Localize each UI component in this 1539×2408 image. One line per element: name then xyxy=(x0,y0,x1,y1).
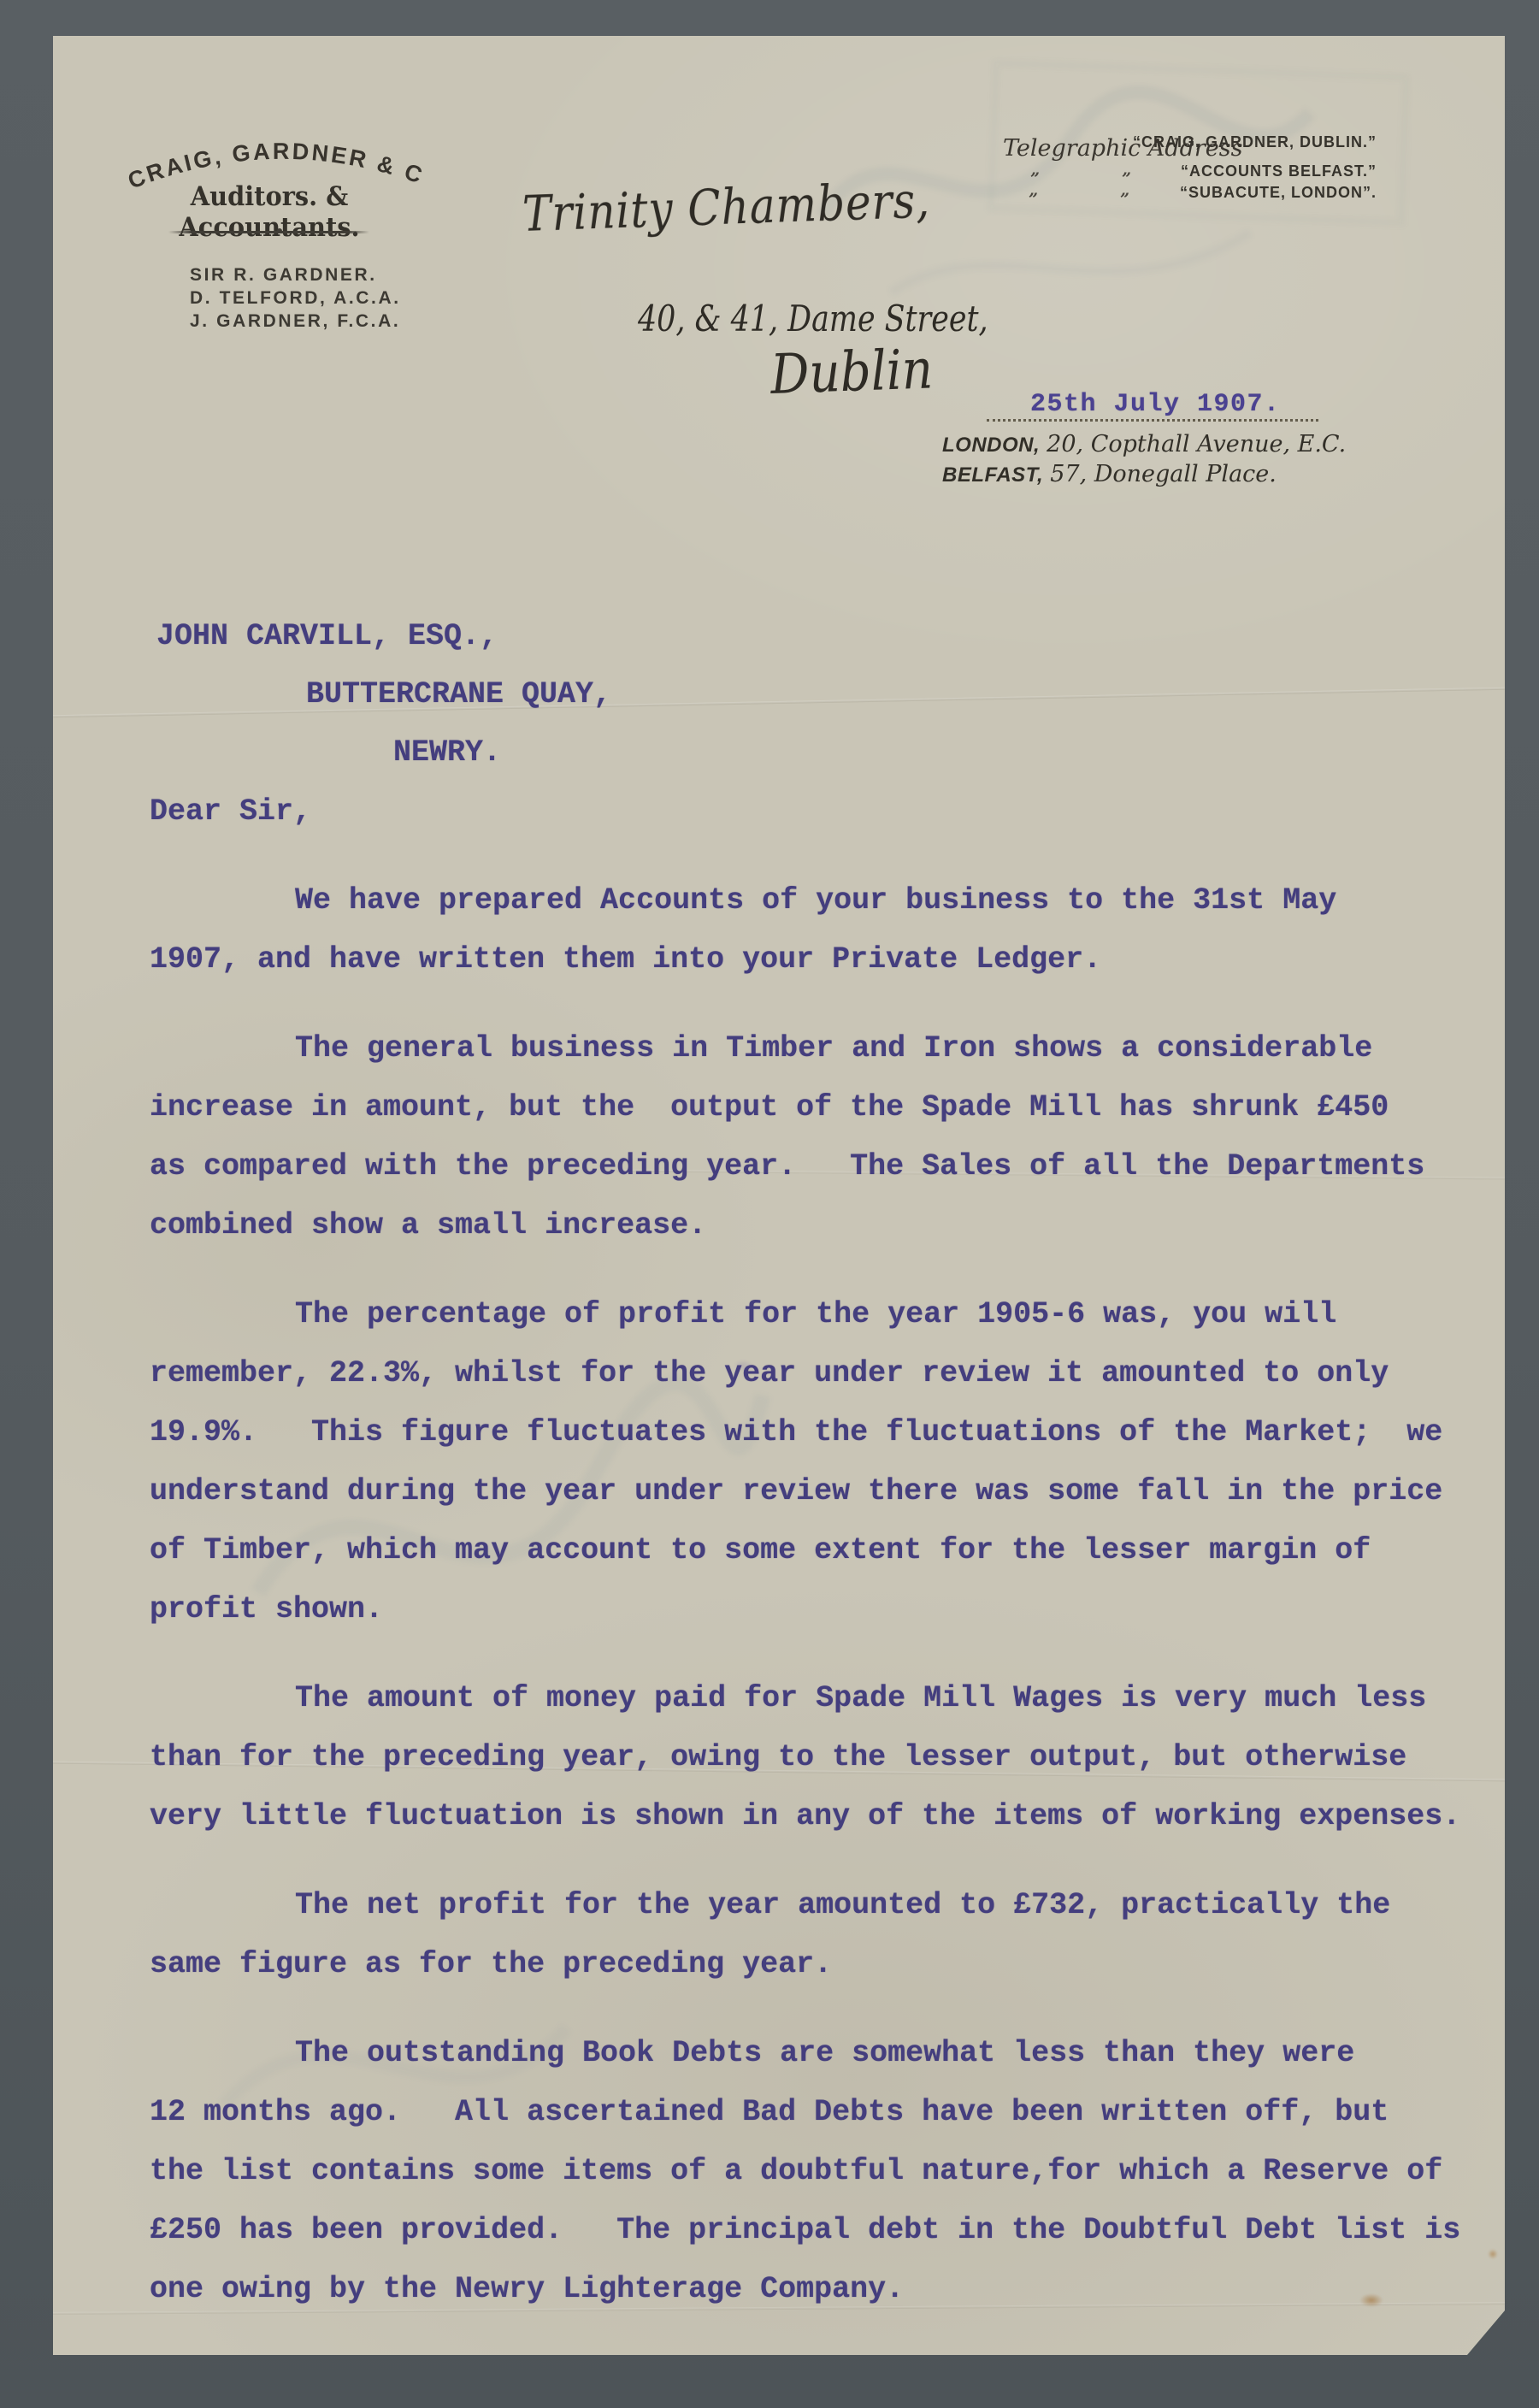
body-line: The net profit for the year amounted to … xyxy=(150,1876,1518,1935)
partner-name: D. TELFORD, A.C.A. xyxy=(190,286,401,310)
office-name: Trinity Chambers, xyxy=(522,172,931,243)
body-line: We have prepared Accounts of your busine… xyxy=(150,871,1518,930)
body-line: than for the preceding year, owing to th… xyxy=(150,1728,1518,1787)
scan-background: CRAIG, GARDNER & Co Auditors. & Accounta… xyxy=(0,0,1539,2408)
branch-city-label: LONDON, xyxy=(942,434,1040,457)
letter-paper: CRAIG, GARDNER & Co Auditors. & Accounta… xyxy=(53,36,1505,2355)
body-line: same figure as for the preceding year. xyxy=(150,1935,1518,1994)
body-line: one owing by the Newry Lighterage Compan… xyxy=(150,2260,1518,2319)
body-line: profit shown. xyxy=(150,1580,1518,1639)
letterhead-divider xyxy=(168,231,369,233)
body-paragraph: The net profit for the year amounted to … xyxy=(150,1876,1518,1994)
body-line: of Timber, which may account to some ext… xyxy=(150,1521,1518,1580)
partner-name: SIR R. GARDNER. xyxy=(190,263,401,286)
telegraphic-address: “CRAIG, GARDNER, DUBLIN.” xyxy=(1133,133,1377,151)
firm-subtitle: Auditors. & Accountants. xyxy=(146,181,392,243)
ditto-mark: ” xyxy=(1120,190,1129,209)
city-name: Dublin xyxy=(769,338,934,407)
recipient-address-block: JOHN CARVILL, ESQ.,BUTTERCRANE QUAY,NEWR… xyxy=(156,607,611,782)
branch-address-belfast: BELFAST,57, Donegall Place. xyxy=(942,461,1277,487)
body-line: 19.9%. This figure fluctuates with the f… xyxy=(150,1403,1518,1462)
telegraphic-address: “SUBACUTE, LONDON”. xyxy=(1180,184,1377,202)
ditto-mark: ” xyxy=(1029,190,1038,209)
body-paragraph: The amount of money paid for Spade Mill … xyxy=(150,1669,1518,1846)
street-address: 40, & 41, Dame Street, xyxy=(638,298,988,339)
body-line: remember, 22.3%, whilst for the year und… xyxy=(150,1344,1518,1403)
body-paragraph: We have prepared Accounts of your busine… xyxy=(150,871,1518,989)
branch-address-london: LONDON,20, Copthall Avenue, E.C. xyxy=(942,431,1346,457)
body-line: understand during the year under review … xyxy=(150,1462,1518,1521)
partner-list: SIR R. GARDNER.D. TELFORD, A.C.A.J. GARD… xyxy=(190,263,401,333)
recipient-line: BUTTERCRANE QUAY, xyxy=(306,665,611,723)
body-line: increase in amount, but the output of th… xyxy=(150,1078,1518,1137)
body-line: combined show a small increase. xyxy=(150,1196,1518,1255)
telegraphic-address: “ACCOUNTS BELFAST.” xyxy=(1181,162,1377,180)
body-line: £250 has been provided. The principal de… xyxy=(150,2201,1518,2260)
body-line: 1907, and have written them into your Pr… xyxy=(150,930,1518,989)
recipient-line: JOHN CARVILL, ESQ., xyxy=(156,607,611,665)
body-line: the list contains some items of a doubtf… xyxy=(150,2142,1518,2201)
body-line: The general business in Timber and Iron … xyxy=(150,1019,1518,1078)
body-paragraph: The general business in Timber and Iron … xyxy=(150,1019,1518,1255)
letter-body: Dear Sir, We have prepared Accounts of y… xyxy=(150,782,1518,2319)
branch-city-label: BELFAST, xyxy=(942,463,1043,487)
typed-date: 25th July 1907. xyxy=(1030,390,1281,419)
body-line: The percentage of profit for the year 19… xyxy=(150,1285,1518,1344)
salutation: Dear Sir, xyxy=(150,782,1518,841)
partner-name: J. GARDNER, F.C.A. xyxy=(190,310,401,333)
ditto-mark: ” xyxy=(1122,169,1131,188)
body-paragraph: The percentage of profit for the year 19… xyxy=(150,1285,1518,1639)
body-line: as compared with the preceding year. The… xyxy=(150,1137,1518,1196)
body-line: The outstanding Book Debts are somewhat … xyxy=(150,2024,1518,2083)
body-line: The amount of money paid for Spade Mill … xyxy=(150,1669,1518,1728)
branch-street: 20, Copthall Avenue, E.C. xyxy=(1047,431,1346,457)
recipient-line: NEWRY. xyxy=(393,723,611,782)
branch-street: 57, Donegall Place. xyxy=(1050,461,1277,487)
body-line: 12 months ago. All ascertained Bad Debts… xyxy=(150,2083,1518,2142)
ditto-mark: ” xyxy=(1030,169,1040,188)
body-paragraph: The outstanding Book Debts are somewhat … xyxy=(150,2024,1518,2319)
body-line: very little fluctuation is shown in any … xyxy=(150,1787,1518,1846)
